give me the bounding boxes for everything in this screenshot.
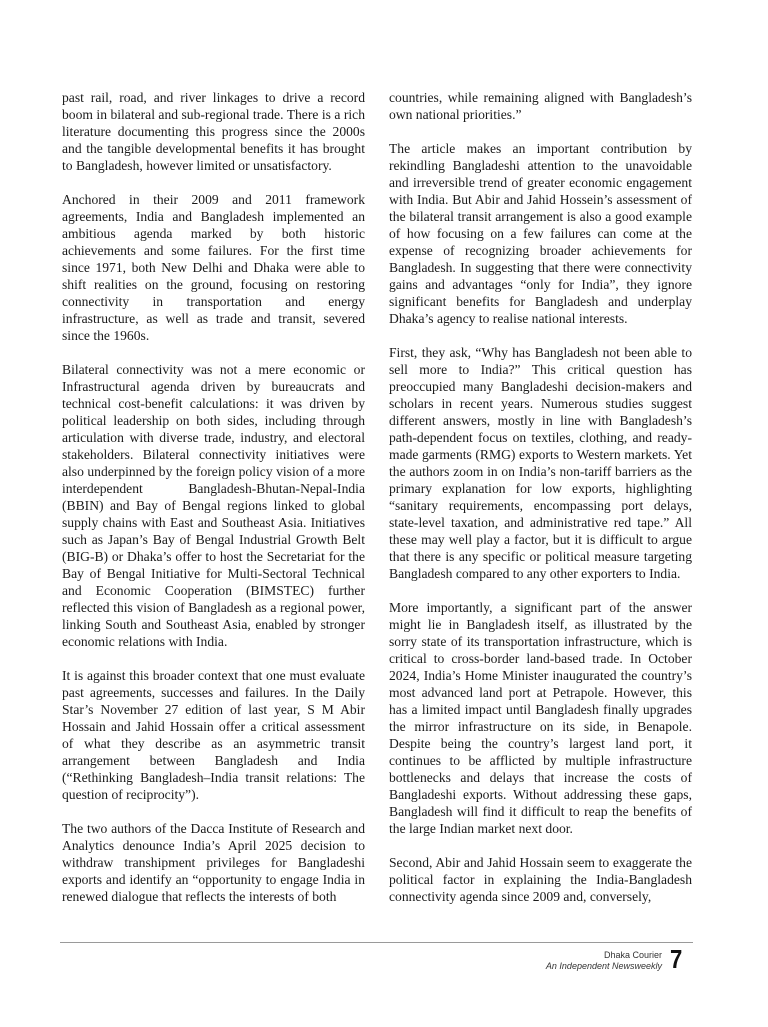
page-footer: Dhaka Courier An Independent Newsweekly — [546, 950, 662, 972]
article-column-left: past rail, road, and river linkages to d… — [62, 89, 365, 922]
publication-name: Dhaka Courier — [546, 950, 662, 961]
paragraph: First, they ask, “Why has Bangladesh not… — [389, 344, 692, 582]
paragraph: It is against this broader context that … — [62, 667, 365, 803]
paragraph: past rail, road, and river linkages to d… — [62, 89, 365, 174]
footer-divider — [60, 942, 693, 943]
paragraph: More importantly, a significant part of … — [389, 599, 692, 837]
paragraph: Bilateral connectivity was not a mere ec… — [62, 361, 365, 650]
paragraph: Second, Abir and Jahid Hossain seem to e… — [389, 854, 692, 905]
paragraph: The two authors of the Dacca Institute o… — [62, 820, 365, 905]
paragraph: countries, while remaining aligned with … — [389, 89, 692, 123]
paragraph: The article makes an important contribut… — [389, 140, 692, 327]
article-column-right: countries, while remaining aligned with … — [389, 89, 692, 922]
page-number: 7 — [670, 946, 682, 972]
publication-tagline: An Independent Newsweekly — [546, 961, 662, 972]
magazine-page: past rail, road, and river linkages to d… — [0, 0, 768, 1027]
paragraph: Anchored in their 2009 and 2011 framewor… — [62, 191, 365, 344]
